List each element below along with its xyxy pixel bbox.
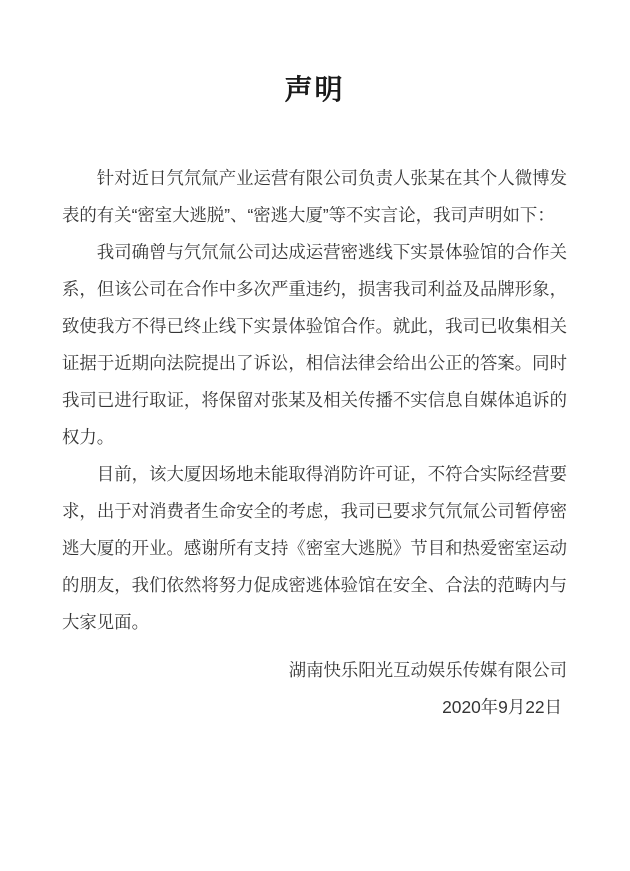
paragraph-cooperation-lawsuit: 我司确曾与氕氘氚公司达成运营密逃线下实景体验馆的合作关系，但该公司在合作中多次严… bbox=[62, 234, 567, 456]
statement-date: 2020年9月22日 bbox=[62, 689, 567, 726]
company-signature: 湖南快乐阳光互动娱乐传媒有限公司 bbox=[62, 652, 567, 689]
document-title: 声明 bbox=[62, 70, 567, 110]
paragraph-safety-thanks: 目前，该大厦因场地未能取得消防许可证，不符合实际经营要求，出于对消费者生命安全的… bbox=[62, 456, 567, 641]
signature-block: 湖南快乐阳光互动娱乐传媒有限公司 2020年9月22日 bbox=[62, 652, 567, 726]
statement-document: 声明 针对近日氕氘氚产业运营有限公司负责人张某在其个人微博发表的有关“密室大逃脱… bbox=[0, 0, 630, 871]
document-body: 针对近日氕氘氚产业运营有限公司负责人张某在其个人微博发表的有关“密室大逃脱”、“… bbox=[62, 160, 567, 641]
paragraph-intro: 针对近日氕氘氚产业运营有限公司负责人张某在其个人微博发表的有关“密室大逃脱”、“… bbox=[62, 160, 567, 234]
